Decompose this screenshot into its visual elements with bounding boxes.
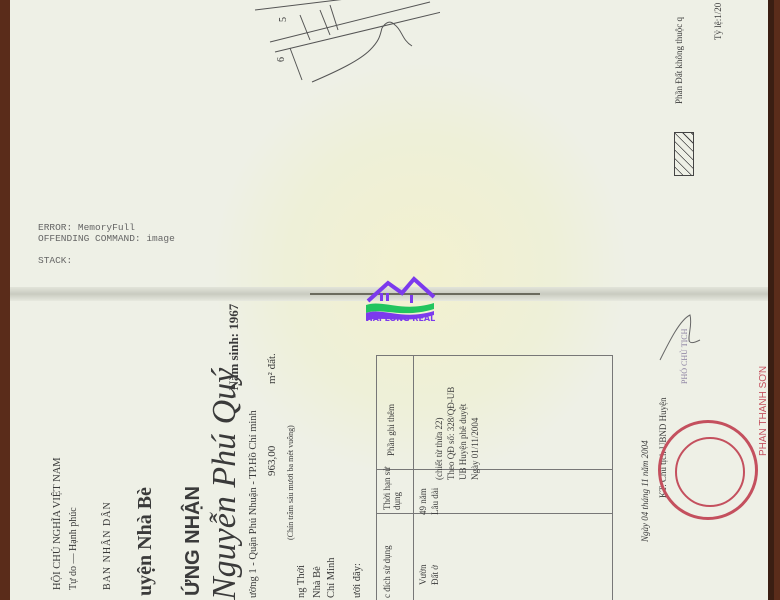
offending-command: OFFENDING COMMAND: image (38, 233, 175, 244)
signature-scribble (650, 310, 710, 370)
country-name: HỘI CHỦ NGHĨA VIỆT NAM (52, 457, 63, 590)
map-scale: Tỷ lệ:1/20 (713, 3, 723, 40)
table-note-line: Theo QĐ số: 328/QĐ-UB (446, 387, 456, 480)
row-term: Lâu dài (430, 488, 440, 515)
hatch-legend-label: Phần Đất không thuộc q (674, 17, 684, 104)
row-term: 49 năm (418, 488, 428, 515)
area-in-words: (Chín trăm sáu mươi ba mét vuông) (286, 425, 295, 540)
table-note-line: Ngày 01/11/2004 (470, 418, 480, 480)
table-note-line: (chiết từ thửa 22) (434, 418, 444, 481)
national-motto: Tự do — Hạnh phúc (68, 507, 79, 590)
owner-address: ường 1 - Quận Phú Nhuận - TP.Hồ Chí minh (248, 410, 259, 598)
table-header-notes: Phần ghi thêm (386, 404, 396, 456)
area-unit: m² đất. (266, 353, 278, 384)
binding-edge (768, 0, 774, 600)
committee-label: BAN NHÂN DÂN (102, 501, 113, 590)
district-title: uyện Nhà Bè (134, 487, 157, 596)
official-seal-stamp (658, 420, 758, 520)
row-purpose: Đất ở (430, 565, 440, 585)
owner-name: Nguyễn Phú Quý (206, 368, 244, 600)
table-header-term: Thời hạn sử dụng (382, 466, 402, 510)
row-purpose: Vườn (418, 564, 428, 585)
location-ward: ng Thới (296, 565, 307, 598)
table-header-purpose: c đích sử dụng (382, 545, 392, 598)
table-note-line: UB Huyện phê duyệt (458, 404, 468, 480)
location-note: ưới đây: (352, 563, 363, 598)
certificate-title: ỨNG NHẬN (182, 486, 205, 596)
error-line: ERROR: MemoryFull (38, 222, 135, 233)
stack-line: STACK: (38, 255, 72, 266)
land-use-table (376, 355, 613, 600)
scanned-certificate: 5 6 Phần Đất không thuộc q Tỷ lệ:1/20 ER… (10, 0, 774, 600)
plot-label: 6 (276, 57, 287, 62)
location-district: Nhà Bè (312, 566, 323, 598)
logo-text: HAI LONG REAL (366, 314, 435, 323)
postscript-error: ERROR: MemoryFull OFFENDING COMMAND: ima… (38, 222, 175, 266)
signature-date: Ngày 04 tháng 11 năm 2004 (640, 440, 650, 542)
signer-name: PHAN THANH SƠN (758, 366, 769, 456)
plot-map-sketch (240, 0, 440, 90)
plot-label: 5 (278, 17, 289, 22)
owner-birth: - Năm sinh: 1967 (226, 304, 242, 398)
hatch-legend-icon (674, 132, 694, 176)
area-value: 963,00 (266, 446, 278, 476)
location-city: Chí Minh (326, 557, 337, 598)
